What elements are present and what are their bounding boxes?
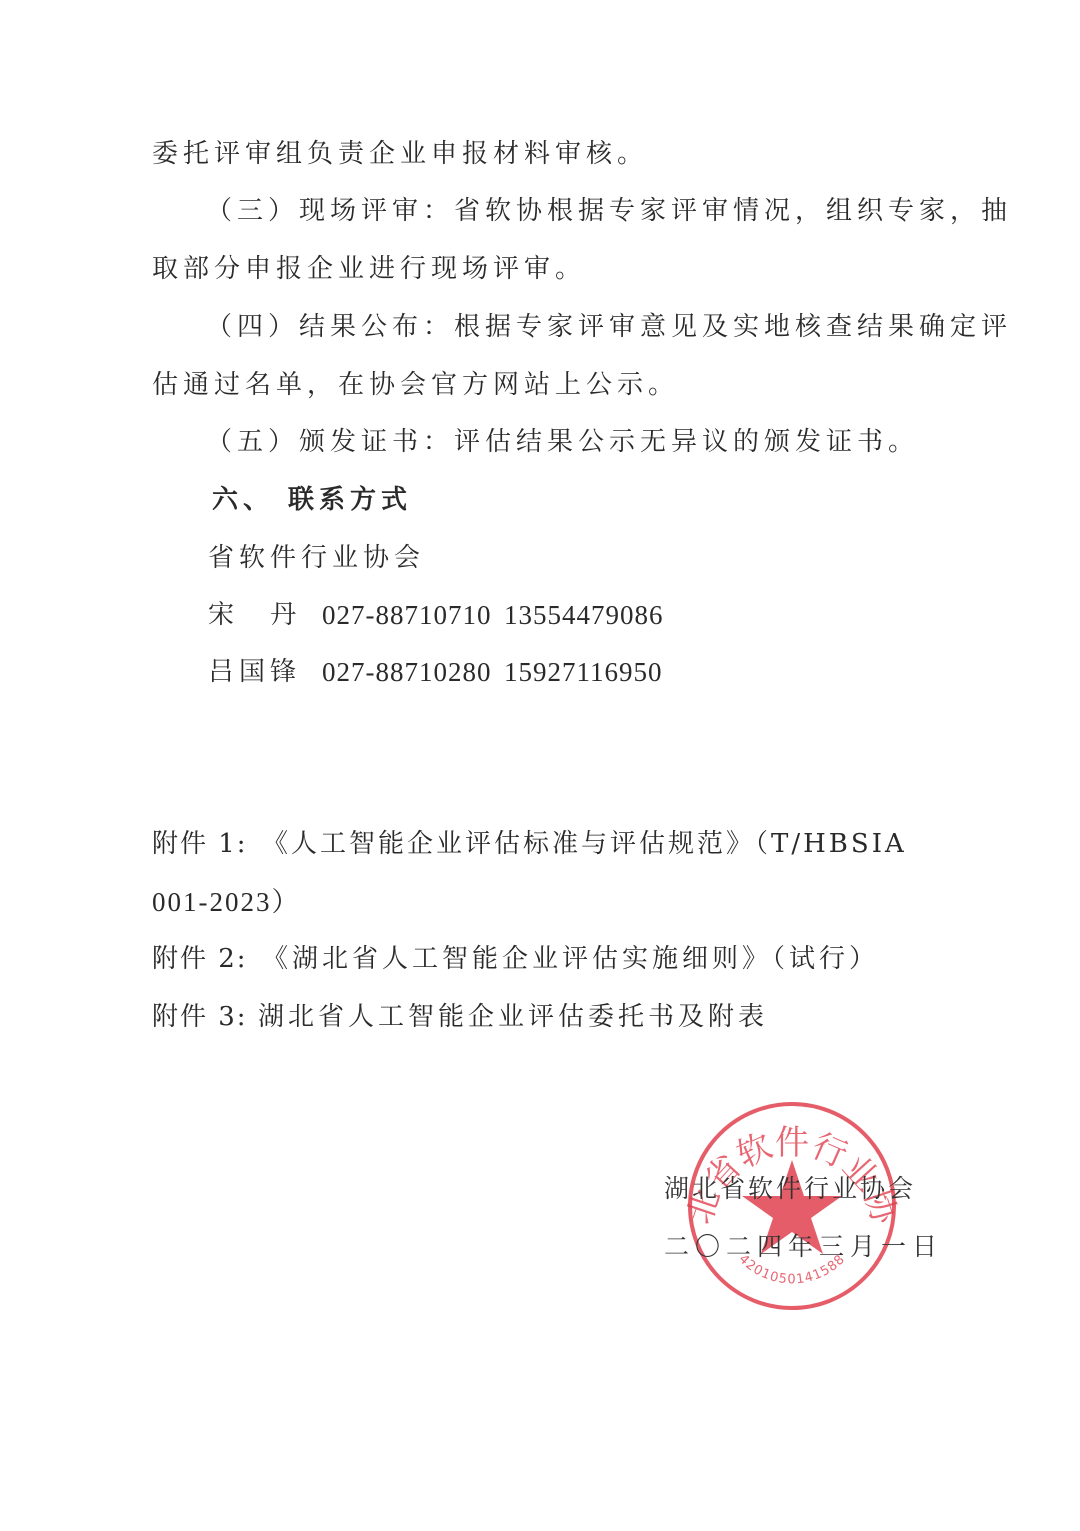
- paragraph-certificate: （五）颁发证书：评估结果公示无异议的颁发证书。: [206, 424, 919, 460]
- attachment-title: 《人工智能企业评估标准与评估规范》（T/HBSIA: [262, 826, 907, 862]
- contact-heading: 六、 联系方式: [212, 482, 412, 518]
- paragraph-line-1: 委托评审组负责企业申报材料审核。: [152, 136, 648, 172]
- attachment-label: 附件 1:: [152, 826, 248, 862]
- attachment-label: 附件 2:: [152, 941, 248, 977]
- attachment-title: 《湖北省人工智能企业评估实施细则》（试行）: [262, 941, 879, 977]
- signature-date: 二〇二四年三月一日: [664, 1230, 943, 1264]
- contact-name: 吕国锋: [208, 654, 301, 690]
- paragraph-onsite-review: （三）现场评审：省软协根据专家评审情况，组织专家，抽: [206, 193, 1012, 229]
- contact-organization: 省软件行业协会: [208, 540, 425, 576]
- contact-phone: 027-88710280: [322, 654, 492, 690]
- paragraph-results: （四）结果公布：根据专家评审意见及实地核查结果确定评: [206, 309, 1012, 345]
- contact-name: 宋 丹: [208, 597, 310, 633]
- paragraph-results-cont: 估通过名单，在协会官方网站上公示。: [152, 367, 679, 403]
- contact-mobile: 13554479086: [504, 597, 664, 633]
- attachment-title-cont: 001-2023）: [152, 884, 301, 920]
- contact-mobile: 15927116950: [504, 654, 663, 690]
- attachment-title: 湖北省人工智能企业评估委托书及附表: [258, 999, 768, 1035]
- paragraph-onsite-review-cont: 取部分申报企业进行现场评审。: [152, 251, 586, 287]
- signature-organization: 湖北省软件行业协会: [664, 1172, 916, 1206]
- contact-phone: 027-88710710: [322, 597, 492, 633]
- attachment-label: 附件 3:: [152, 999, 248, 1035]
